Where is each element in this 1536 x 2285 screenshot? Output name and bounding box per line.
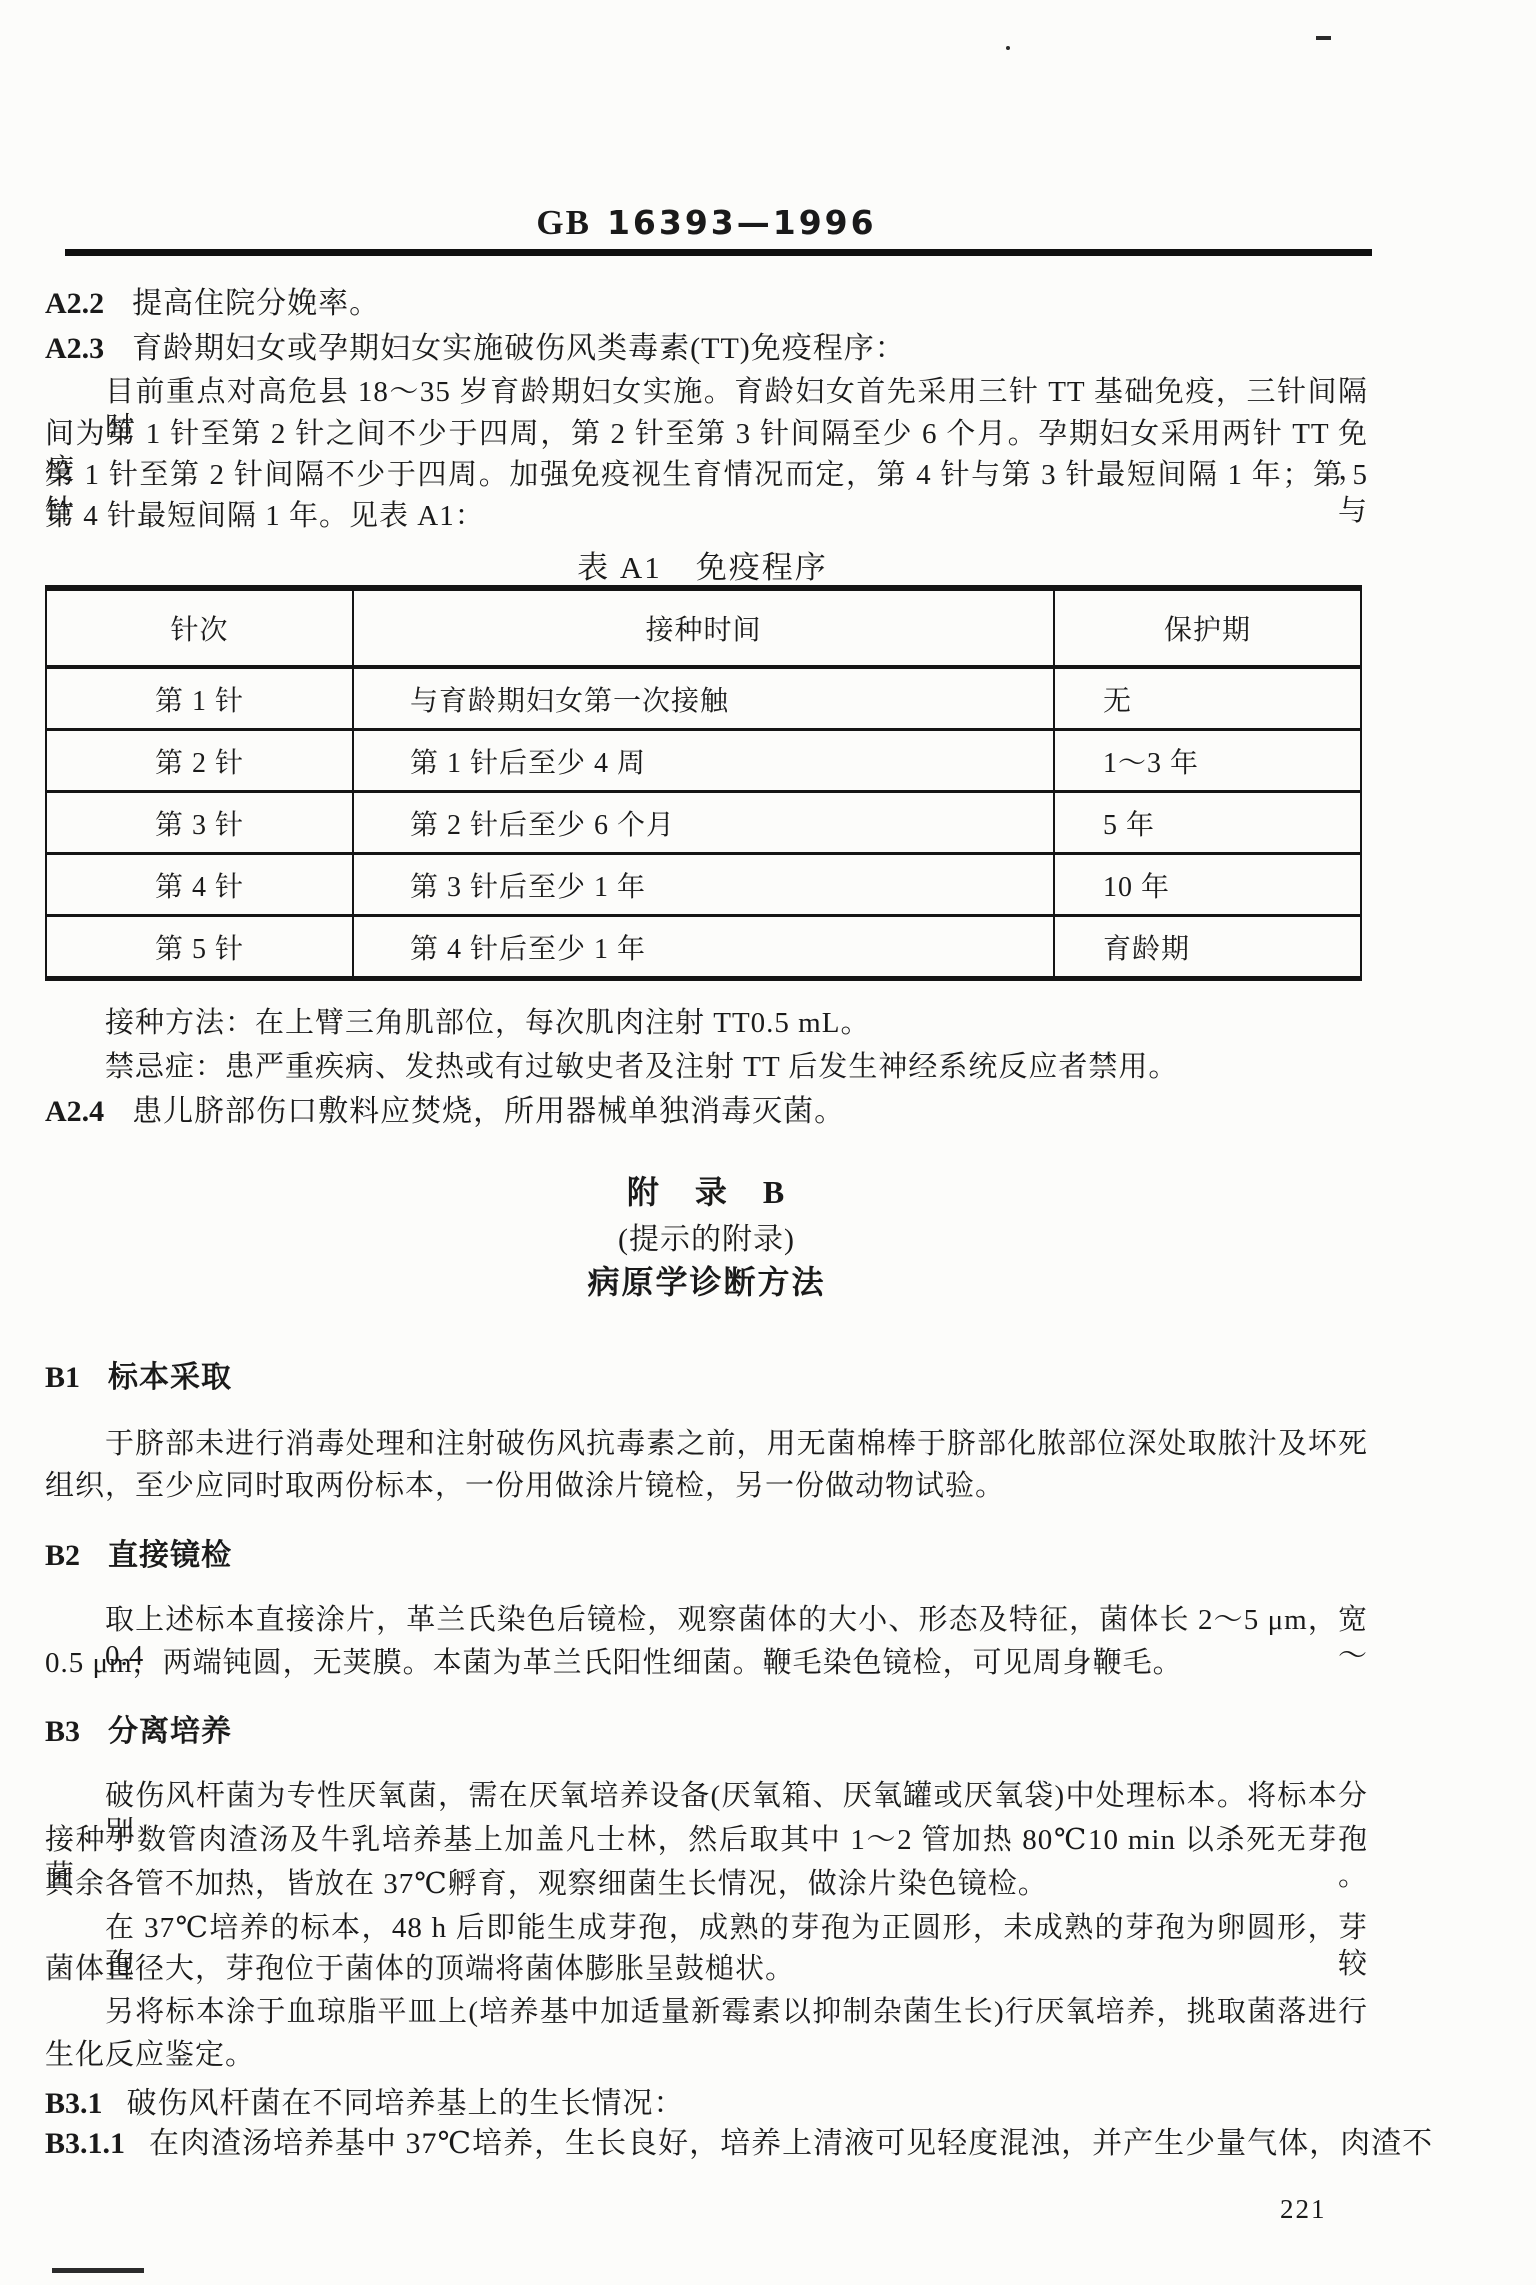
immunization-schedule-table: 针次 接种时间 保护期 第 1 针 与育龄期妇女第一次接触 无 第 2 针 第 … [45, 585, 1362, 981]
clause-a2-4: A2.4患儿脐部伤口敷料应焚烧，所用器械单独消毒灭菌。 [45, 1094, 1368, 1130]
section-b1-title: 标本采取 [108, 1361, 232, 1394]
standard-code-title: GB16393—1996 [45, 203, 1368, 243]
clause-a2-3: A2.3育龄期妇女或孕期妇女实施破伤风类毒素(TT)免疫程序： [45, 331, 1368, 367]
cell-protection: 5 年 [1054, 792, 1361, 854]
cell-needle: 第 5 针 [46, 916, 353, 979]
table-a1-caption-prefix: 表 A1 [577, 550, 662, 585]
section-b2-title: 直接镜检 [108, 1539, 232, 1572]
section-b1-label: B1 [45, 1361, 80, 1394]
section-b3: B3分离培养 [45, 1714, 1368, 1750]
appendix-b-heading: 病原学诊断方法 [45, 1264, 1368, 1300]
cell-protection: 1～3 年 [1054, 730, 1361, 792]
cell-protection: 无 [1054, 667, 1361, 730]
paragraph-line: 另将标本涂于血琼脂平皿上(培养基中加适量新霉素以抑制杂菌生长)行厌氧培养，挑取菌… [45, 1994, 1368, 2030]
col-header-time: 接种时间 [353, 588, 1054, 667]
clause-b3-1: B3.1破伤风杆菌在不同培养基上的生长情况： [45, 2086, 1368, 2122]
section-b2: B2直接镜检 [45, 1538, 1368, 1574]
table-row: 第 4 针 第 3 针后至少 1 年 10 年 [46, 854, 1361, 916]
paragraph-line: 组织，至少应同时取两份标本，一份用做涂片镜检，另一份做动物试验。 [45, 1468, 1368, 1504]
standard-code-number: 16393—1996 [607, 203, 877, 242]
clause-b3-1-1-label: B3.1.1 [45, 2127, 125, 2160]
cell-needle: 第 2 针 [46, 730, 353, 792]
paragraph-line: 于脐部未进行消毒处理和注射破伤风抗毒素之前，用无菌棉棒于脐部化脓部位深处取脓汁及… [45, 1426, 1368, 1462]
cell-time: 第 1 针后至少 4 周 [353, 730, 1054, 792]
header-rule [65, 249, 1372, 256]
section-b1: B1标本采取 [45, 1360, 1368, 1396]
cell-time: 与育龄期妇女第一次接触 [353, 667, 1054, 730]
cell-time: 第 4 针后至少 1 年 [353, 916, 1054, 979]
paragraph-line: 0.5 μm，两端钝圆，无荚膜。本菌为革兰氏阳性细菌。鞭毛染色镜检，可见周身鞭毛… [45, 1645, 1368, 1681]
paragraph-line: 生化反应鉴定。 [45, 2037, 1368, 2073]
table-row: 第 3 针 第 2 针后至少 6 个月 5 年 [46, 792, 1361, 854]
clause-a2-4-text: 患儿脐部伤口敷料应焚烧，所用器械单独消毒灭菌。 [132, 1095, 845, 1128]
contraindication-line: 禁忌症：患严重疾病、发热或有过敏史者及注射 TT 后发生神经系统反应者禁用。 [45, 1049, 1368, 1085]
table-row: 第 5 针 第 4 针后至少 1 年 育龄期 [46, 916, 1361, 979]
section-b2-label: B2 [45, 1539, 80, 1572]
clause-a2-3-label: A2.3 [45, 332, 104, 365]
clause-a2-4-label: A2.4 [45, 1095, 104, 1128]
scan-artifact [1006, 46, 1010, 50]
cell-protection: 育龄期 [1054, 916, 1361, 979]
clause-a2-2-label: A2.2 [45, 287, 104, 320]
cell-needle: 第 1 针 [46, 667, 353, 730]
clause-b3-1-1-text: 在肉渣汤培养基中 37℃培养，生长良好，培养上清液可见轻度混浊，并产生少量气体，… [149, 2127, 1433, 2160]
table-a1-caption-title: 免疫程序 [696, 550, 828, 585]
appendix-b-subtitle: (提示的附录) [45, 1222, 1368, 1258]
method-line: 接种方法：在上臂三角肌部位，每次肌肉注射 TT0.5 mL。 [45, 1005, 1368, 1041]
clause-b3-1-1: B3.1.1在肉渣汤培养基中 37℃培养，生长良好，培养上清液可见轻度混浊，并产… [45, 2126, 1368, 2162]
table-header-row: 针次 接种时间 保护期 [46, 588, 1361, 667]
col-header-protection: 保护期 [1054, 588, 1361, 667]
table-a1-caption: 表 A1免疫程序 [45, 542, 1360, 587]
paragraph-line: 第 4 针最短间隔 1 年。见表 A1： [45, 498, 1368, 534]
paragraph-line: 其余各管不加热，皆放在 37℃孵育，观察细菌生长情况，做涂片染色镜检。 [45, 1866, 1368, 1902]
cell-time: 第 2 针后至少 6 个月 [353, 792, 1054, 854]
scan-artifact [52, 2268, 144, 2273]
paragraph-line: 菌体直径大，芽孢位于菌体的顶端将菌体膨胀呈鼓槌状。 [45, 1951, 1368, 1987]
scan-artifact [1316, 36, 1331, 40]
cell-protection: 10 年 [1054, 854, 1361, 916]
cell-needle: 第 4 针 [46, 854, 353, 916]
col-header-needle: 针次 [46, 588, 353, 667]
table-row: 第 1 针 与育龄期妇女第一次接触 无 [46, 667, 1361, 730]
clause-a2-2: A2.2提高住院分娩率。 [45, 286, 1368, 322]
clause-b3-1-text: 破伤风杆菌在不同培养基上的生长情况： [127, 2087, 685, 2120]
clause-b3-1-label: B3.1 [45, 2087, 103, 2120]
cell-time: 第 3 针后至少 1 年 [353, 854, 1054, 916]
clause-a2-3-text: 育龄期妇女或孕期妇女实施破伤风类毒素(TT)免疫程序： [132, 332, 906, 365]
standard-code-prefix: GB [536, 203, 591, 242]
document-page: GB16393—1996 A2.2提高住院分娩率。 A2.3育龄期妇女或孕期妇女… [0, 0, 1536, 2285]
table-row: 第 2 针 第 1 针后至少 4 周 1～3 年 [46, 730, 1361, 792]
page-number: 221 [1280, 2194, 1327, 2225]
appendix-b-title: 附 录 B [45, 1174, 1368, 1210]
section-b3-title: 分离培养 [108, 1715, 232, 1748]
clause-a2-2-text: 提高住院分娩率。 [132, 287, 380, 320]
section-b3-label: B3 [45, 1715, 80, 1748]
cell-needle: 第 3 针 [46, 792, 353, 854]
